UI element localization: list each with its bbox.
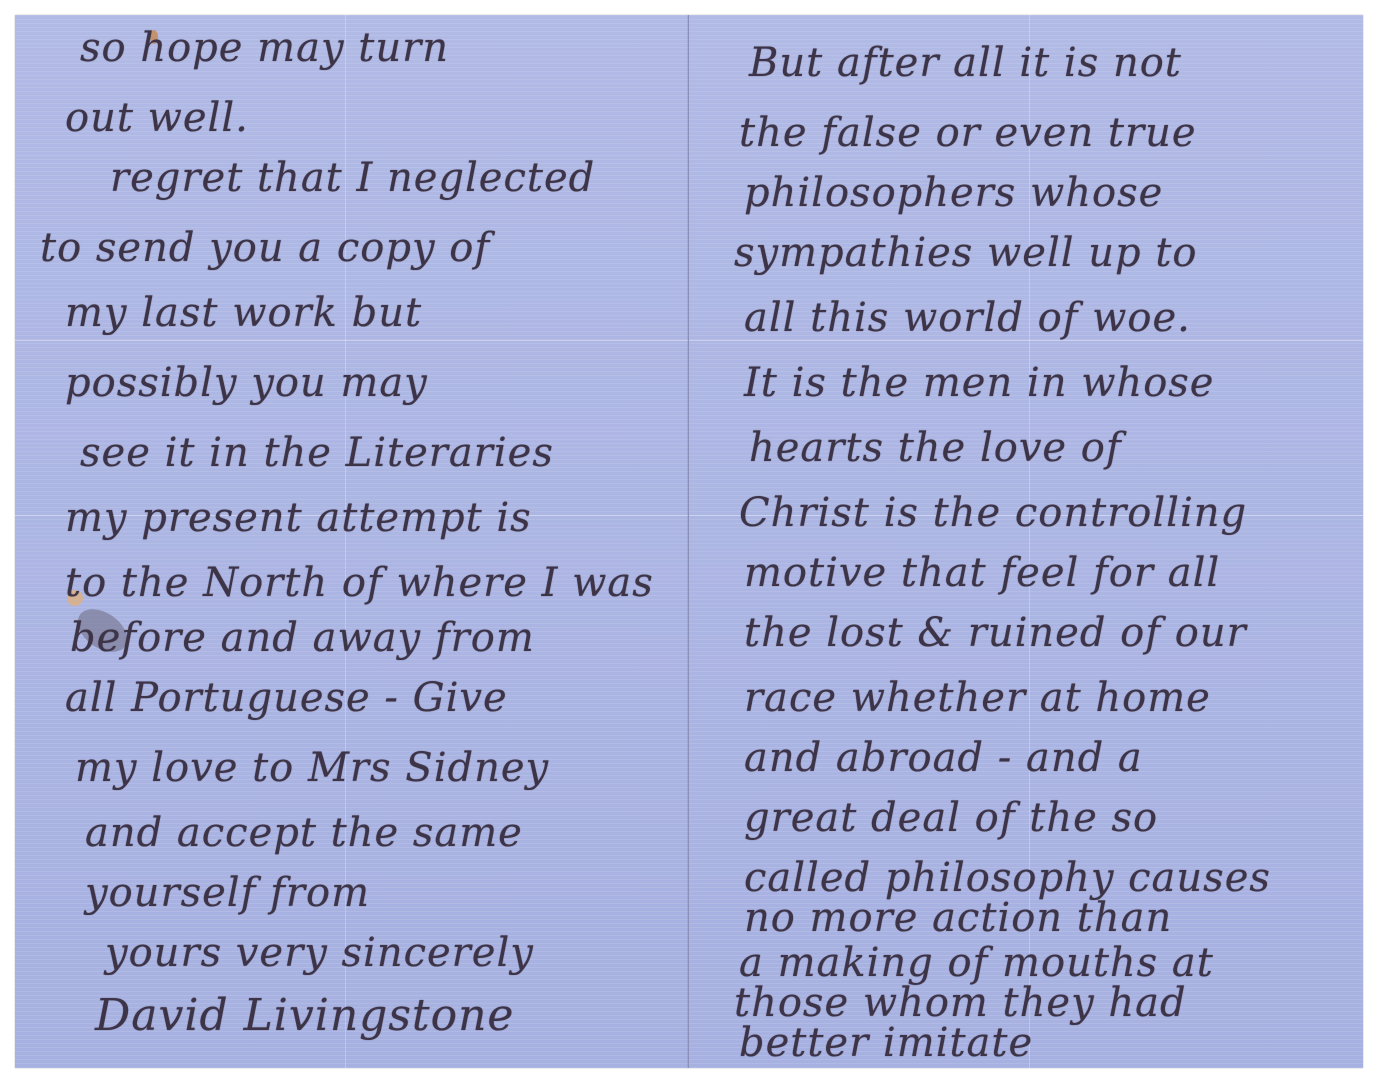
- letter-line: regret that I neglected: [110, 155, 595, 201]
- letter-line: yours very sincerely: [105, 930, 534, 976]
- letter-line: motive that feel for all: [744, 550, 1220, 596]
- letter-line: before and away from: [70, 615, 535, 661]
- letter-line: all Portuguese - Give: [65, 675, 508, 721]
- letter-line: possibly you may: [65, 360, 428, 406]
- letter-line: my present attempt is: [65, 495, 532, 541]
- letter-line: the false or even true: [739, 110, 1197, 156]
- letter-line: to the North of where I was: [65, 560, 654, 606]
- letter-line: yourself from: [85, 870, 370, 916]
- letter-line: my love to Mrs Sidney: [75, 745, 549, 791]
- letter-line: the lost & ruined of our: [744, 610, 1247, 656]
- letter-line: It is the men in whose: [744, 360, 1214, 406]
- letter-line: hearts the love of: [749, 425, 1122, 471]
- letter-line: sympathies well up to: [734, 230, 1198, 276]
- letter-page-right: But after all it is not the false or eve…: [688, 15, 1363, 1068]
- letter-line: see it in the Literaries: [80, 430, 554, 476]
- letter-line: and accept the same: [85, 810, 523, 856]
- letter-line: But after all it is not: [749, 40, 1182, 86]
- letter-line: my last work but: [65, 290, 422, 336]
- signature: David Livingstone: [95, 990, 514, 1041]
- letter-line: great deal of the so: [744, 795, 1158, 841]
- letter-page-left: so hope may turn out well. regret that I…: [15, 15, 688, 1068]
- letter-line: no more action than: [744, 895, 1172, 941]
- letter-line: race whether at home: [744, 675, 1211, 721]
- letter-line: to send you a copy of: [40, 225, 490, 271]
- letter-line: all this world of woe.: [744, 295, 1191, 341]
- letter-line: so hope may turn: [80, 25, 449, 71]
- letter-line: out well.: [65, 95, 249, 141]
- letter-line: philosophers whose: [744, 170, 1163, 216]
- letter-line: and abroad - and a: [744, 735, 1143, 781]
- letter-line: Christ is the controlling: [739, 490, 1247, 536]
- letter-line: better imitate: [739, 1020, 1033, 1066]
